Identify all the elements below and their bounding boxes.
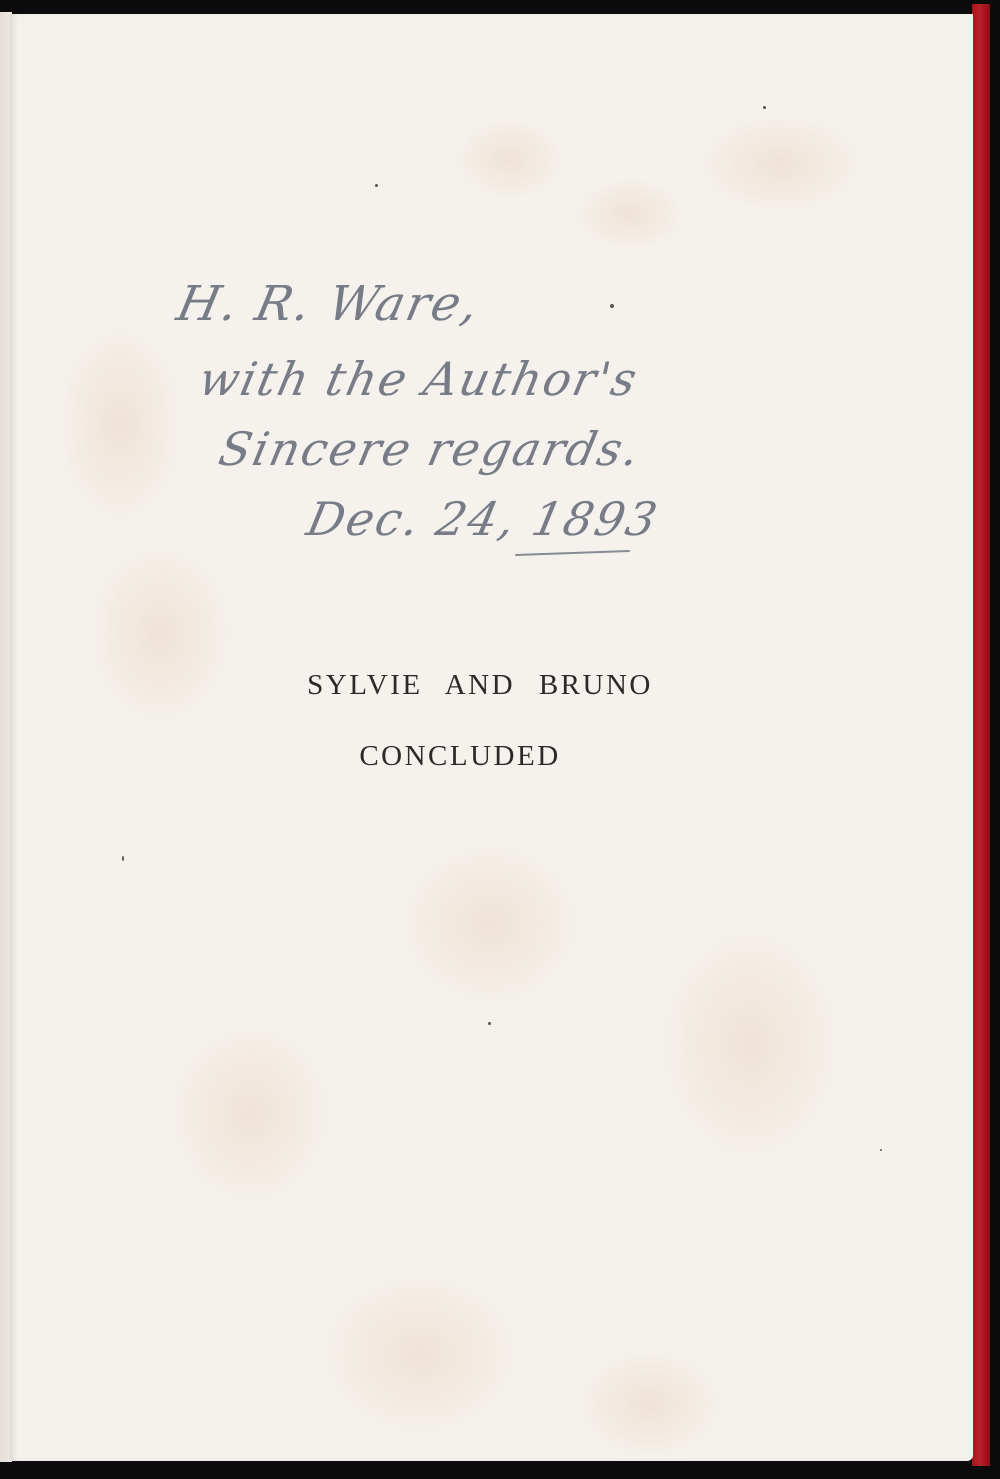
paper-speck: [880, 1149, 882, 1151]
foxing-stain: [390, 834, 590, 1014]
title-line-subtitle: CONCLUDED: [10, 740, 910, 773]
book-scan: H. R. Ware, with the Author's Sincere re…: [0, 0, 1000, 1479]
handwritten-inscription: H. R. Ware, with the Author's Sincere re…: [10, 14, 973, 614]
foxing-stain: [570, 1344, 730, 1461]
inscription-date: Dec. 24, 1893: [302, 492, 663, 546]
paper-speck: [122, 856, 124, 861]
title-line-main: SYLVIE AND BRUNO: [10, 669, 910, 702]
book-title: SYLVIE AND BRUNO CONCLUDED: [10, 669, 910, 773]
inscription-recipient: H. R. Ware,: [172, 276, 485, 332]
red-cover-edge: [972, 4, 990, 1466]
inscription-line-author: with the Author's: [194, 352, 643, 406]
paper-speck: [488, 1022, 491, 1025]
title-page: H. R. Ware, with the Author's Sincere re…: [10, 14, 973, 1461]
foxing-stain: [160, 1014, 340, 1214]
foxing-stain: [310, 1264, 530, 1444]
inscription-line-regards: Sincere regards.: [214, 422, 646, 476]
date-underline-flourish: [515, 550, 630, 556]
foxing-stain: [650, 914, 850, 1174]
